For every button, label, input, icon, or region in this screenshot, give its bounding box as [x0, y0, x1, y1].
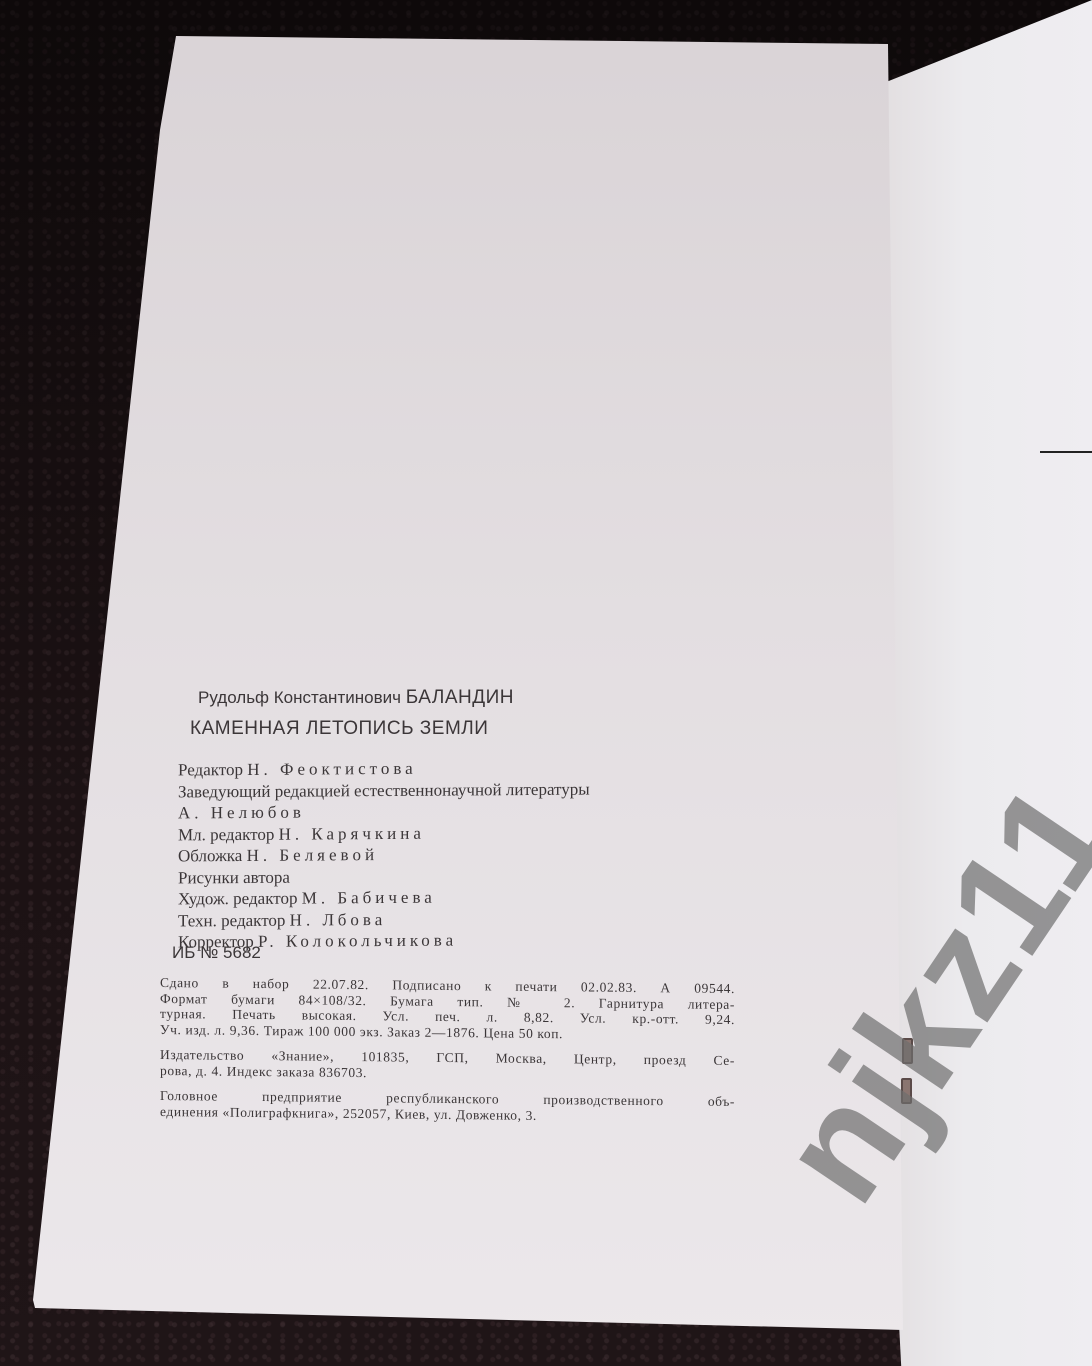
- credit-name: А. Нелюбов: [178, 803, 305, 823]
- credit-role: Худож. редактор: [178, 889, 302, 909]
- credit-role: Рисунки автора: [178, 867, 290, 887]
- credit-line: Заведующий редакцией естественнонаучной …: [178, 778, 590, 802]
- print-details: Сдано в набор 22.07.82. Подписано к печа…: [160, 975, 735, 1043]
- credit-line: А. Нелюбов: [178, 800, 590, 824]
- credits-list: Редактор Н. ФеоктистоваЗаведующий редакц…: [178, 757, 590, 953]
- author-name: Рудольф Константинович: [198, 688, 401, 707]
- credit-role: Мл. редактор: [178, 824, 279, 844]
- credit-role: Заведующий редакцией естественнонаучной …: [178, 779, 590, 801]
- author-surname: БАЛАНДИН: [406, 687, 514, 708]
- book-title: КАМЕННАЯ ЛЕТОПИСЬ ЗЕМЛИ: [190, 718, 488, 740]
- printer-info: Головное предприятие республиканского пр…: [160, 1088, 735, 1125]
- author: Рудольф Константинович БАЛАНДИН: [198, 687, 514, 709]
- credit-name: М. Бабичева: [302, 888, 436, 908]
- credit-line: Редактор Н. Феоктистова: [178, 757, 590, 781]
- publisher-info: Издательство «Знание», 101835, ГСП, Моск…: [160, 1047, 735, 1084]
- credit-role: Техн. редактор: [178, 910, 290, 930]
- credit-line: Обложка Н. Беляевой: [178, 843, 590, 867]
- credit-name: Н. Феоктистова: [247, 759, 416, 779]
- credit-name: Н. Лбова: [290, 909, 387, 929]
- page-edge-line: [1040, 451, 1092, 453]
- credit-name: Н. Беляевой: [247, 845, 378, 865]
- credit-role: Обложка: [178, 846, 247, 865]
- credit-line: Мл. редактор Н. Карячкина: [178, 821, 590, 845]
- credit-name: Р. Колокольчикова: [258, 930, 457, 950]
- credit-role: Редактор: [178, 760, 247, 779]
- credit-name: Н. Карячкина: [279, 823, 425, 843]
- credit-line: Рисунки автора: [178, 864, 590, 888]
- credit-line: Худож. редактор М. Бабичева: [178, 886, 590, 910]
- imprint-details: Сдано в набор 22.07.82. Подписано к печа…: [160, 975, 735, 1135]
- ib-number: ИБ № 5682: [172, 943, 261, 963]
- credit-line: Техн. редактор Н. Лбова: [178, 907, 590, 931]
